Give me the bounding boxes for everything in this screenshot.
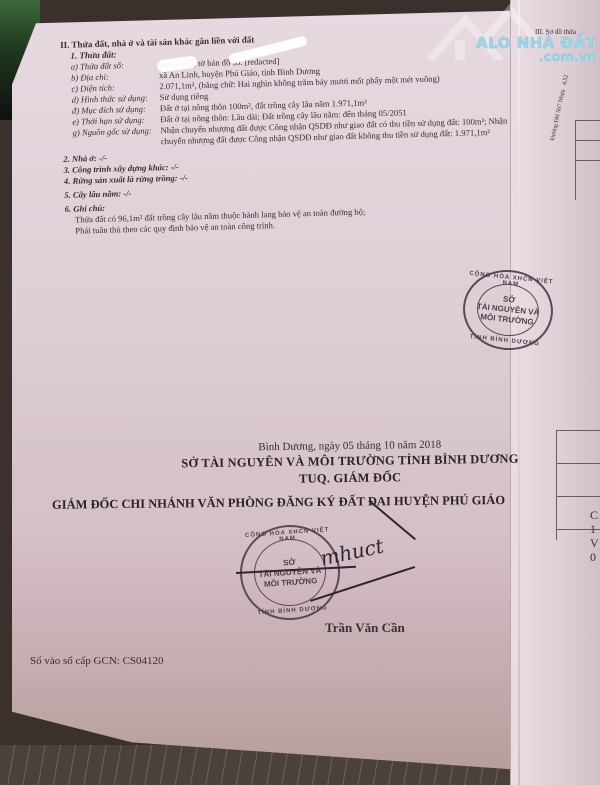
watermark-domain: .com.vn	[476, 50, 596, 65]
signer-name: Trần Văn Cần	[325, 620, 405, 636]
watermark: ALO NHÀ ĐẤT .com.vn	[476, 34, 596, 65]
side-page-fragment: C 1 V 0	[590, 508, 599, 564]
signature-block: Bình Dương, ngày 05 tháng 10 năm 2018 SỞ…	[160, 437, 541, 488]
map-diagram	[575, 120, 600, 200]
land-details-section: II. Thửa đất, nhà ở và tài sản khác gắn …	[60, 27, 525, 237]
gcn-registry-number: Số vào sổ cấp GCN: CS04120	[30, 655, 164, 667]
